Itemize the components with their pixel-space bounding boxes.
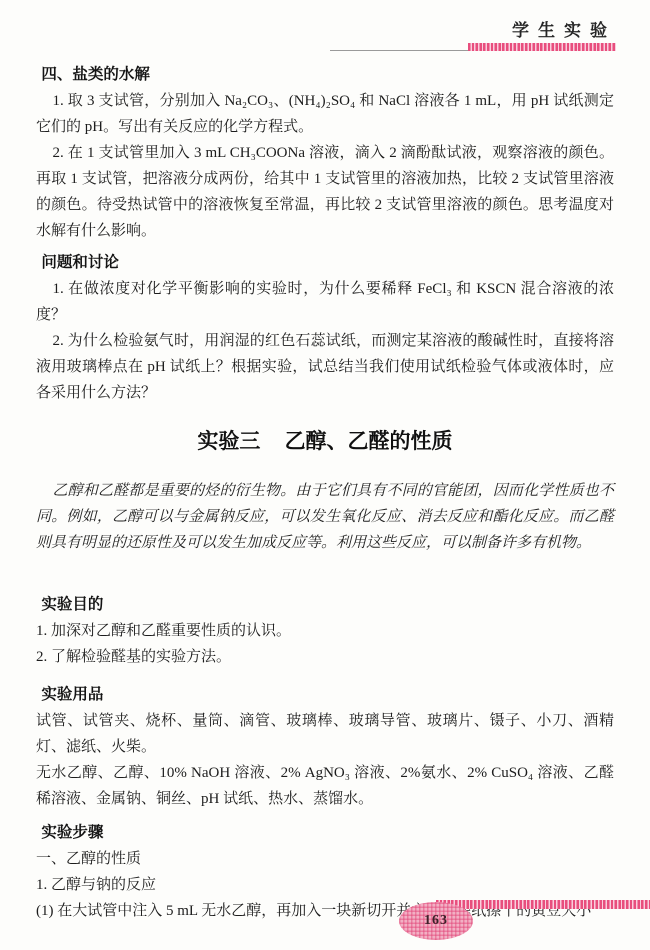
discussion-question-2: 2. 为什么检验氨气时，用润湿的红色石蕊试纸，而测定某溶液的酸碱性时，直接将溶液… (36, 328, 614, 406)
section-heading-salt-hydrolysis: 四、盐类的水解 (36, 62, 614, 88)
experiment-title-label: 实验三 (197, 430, 260, 453)
hydrolysis-step-1: 1. 取 3 支试管，分别加入 Na₂CO₃、(NH₄)₂SO₄ 和 NaCl … (36, 88, 614, 140)
experiment-title-name: 乙醇、乙醛的性质 (285, 429, 453, 453)
page-number: 163 (424, 913, 448, 929)
header-rule (330, 50, 616, 51)
footer-accent-bar (436, 900, 650, 909)
discussion-question-1: 1. 在做浓度对化学平衡影响的实验时，为什么要稀释 FeCl₃ 和 KSCN 混… (36, 276, 614, 328)
hydrolysis-step-2: 2. 在 1 支试管里加入 3 mL CH₃COONa 溶液，滴入 2 滴酚酞试… (36, 140, 614, 244)
procedure-heading: 实验步骤 (36, 820, 614, 846)
page-number-badge: 163 (399, 902, 473, 940)
experiment-title: 实验三 乙醇、乙醛的性质 (36, 426, 614, 456)
running-head-title: 学生实验 (512, 16, 616, 41)
supplies-chemicals-list: 无水乙醇、乙醇、10% NaOH 溶液、2% AgNO₃ 溶液、2%氨水、2% … (36, 760, 614, 812)
experiment-intro-paragraph: 乙醇和乙醛都是重要的烃的衍生物。由于它们具有不同的官能团，因而化学性质也不同。例… (36, 478, 614, 556)
procedure-subitem: 1. 乙醇与钠的反应 (36, 872, 614, 898)
discussion-heading: 问题和讨论 (36, 250, 614, 276)
procedure-subsection: 一、乙醇的性质 (36, 846, 614, 872)
purpose-item-2: 2. 了解检验醛基的实验方法。 (36, 644, 614, 670)
header-accent-bar (468, 43, 616, 51)
supplies-heading: 实验用品 (36, 682, 614, 708)
purpose-heading: 实验目的 (36, 592, 614, 618)
supplies-equipment-list: 试管、试管夹、烧杯、量筒、滴管、玻璃棒、玻璃导管、玻璃片、镊子、小刀、酒精灯、滤… (36, 708, 614, 760)
page-content: 四、盐类的水解 1. 取 3 支试管，分别加入 Na₂CO₃、(NH₄)₂SO₄… (36, 62, 614, 924)
textbook-page: 学生实验 四、盐类的水解 1. 取 3 支试管，分别加入 Na₂CO₃、(NH₄… (0, 0, 650, 950)
purpose-item-1: 1. 加深对乙醇和乙醛重要性质的认识。 (36, 618, 614, 644)
